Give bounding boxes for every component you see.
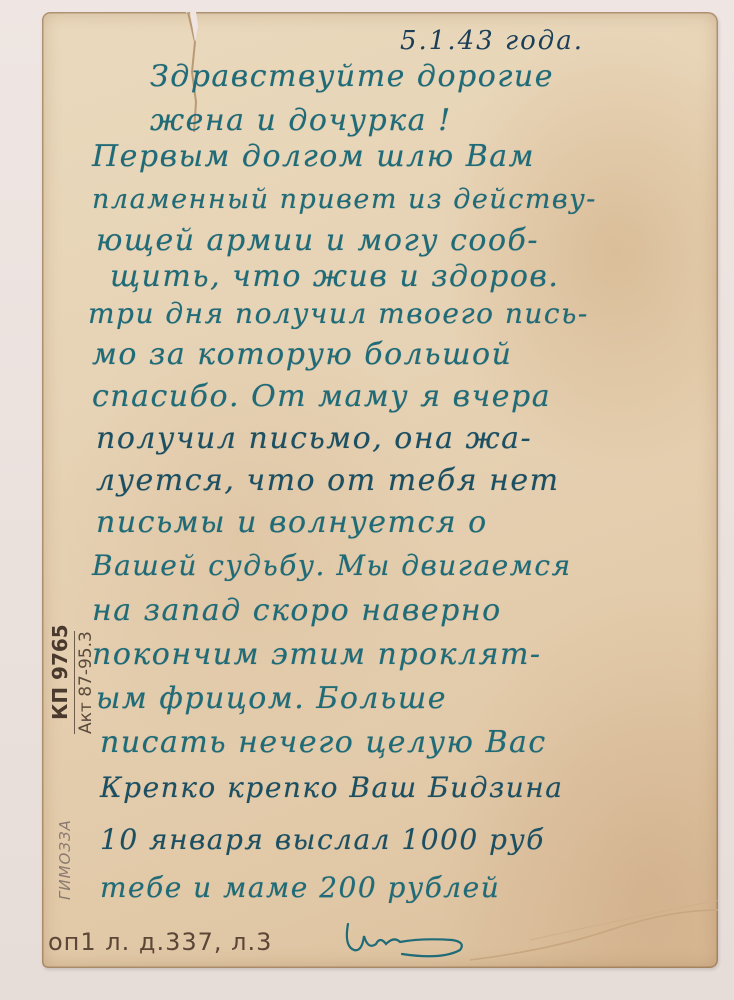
body-line-4: щить, что жив и здоров. bbox=[110, 262, 559, 292]
body-line-1: Первым долгом шлю Вам bbox=[92, 142, 535, 172]
body-line-18: тебе и маме 200 рублей bbox=[100, 874, 500, 902]
archive-act-number: Акт 87-95.3 bbox=[74, 631, 96, 734]
body-line-9: луется, что от тебя нет bbox=[96, 466, 560, 496]
greeting-line-2: жена и дочурка ! bbox=[150, 106, 452, 136]
body-line-2: пламенный привет из действу- bbox=[92, 186, 597, 213]
body-line-17: 10 января выслал 1000 руб bbox=[100, 826, 545, 854]
body-line-11: Вашей судьбу. Мы двигаемся bbox=[92, 552, 572, 580]
body-line-8: получил письмо, она жа- bbox=[96, 424, 532, 454]
signature-scribble bbox=[342, 916, 472, 964]
archive-inventory-number: КП 9765 bbox=[48, 624, 72, 720]
body-line-14: ым фрицом. Больше bbox=[96, 684, 447, 714]
body-line-13: покончим этим проклят- bbox=[92, 640, 542, 670]
body-line-7: спасибо. От маму я вчера bbox=[92, 382, 551, 412]
body-line-15: писать нечего целую Вас bbox=[100, 728, 547, 758]
archive-reference: оп1 л. д.337, л.3 bbox=[48, 928, 272, 956]
body-line-10: письмы и волнуется о bbox=[96, 508, 488, 538]
body-line-3: ющей армии и могу сооб- bbox=[96, 226, 539, 256]
letter-date: 5.1.43 года. bbox=[400, 26, 584, 56]
body-line-6: мо за которую большой bbox=[92, 340, 512, 370]
body-line-12: на запад скоро наверно bbox=[92, 596, 502, 626]
museum-stamp: ГИМОЗЗА bbox=[56, 819, 74, 900]
body-line-16: Крепко крепко Ваш Бидзина bbox=[100, 774, 563, 802]
body-line-5: три дня получил твоего пись- bbox=[88, 300, 589, 328]
greeting-line-1: Здравствуйте дорогие bbox=[150, 62, 554, 92]
